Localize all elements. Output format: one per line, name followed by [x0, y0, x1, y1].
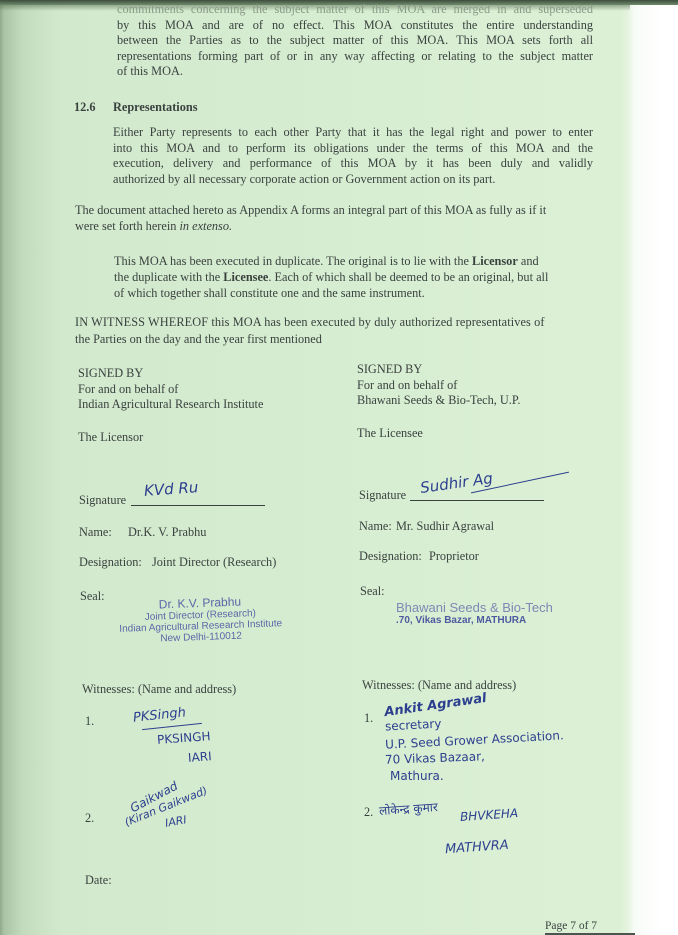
licensor-role: The Licensor — [78, 430, 143, 446]
representations-line: authorized by all necessary corporate ac… — [113, 172, 593, 188]
intro-line: between the Parties as to the subject ma… — [117, 33, 593, 49]
licensor-witness-2-address: IARI — [164, 813, 188, 830]
duplicate-line-1-text: This MOA has been executed in duplicate.… — [114, 254, 472, 268]
seal-line: Bhawani Seeds & Bio-Tech — [396, 601, 553, 615]
intro-line: of this MOA. — [117, 64, 593, 80]
licensor-signed-by: SIGNED BY — [78, 366, 143, 382]
appendix-line-1: The document attached hereto as Appendix… — [75, 203, 546, 219]
witness-clause-line-1: IN WITNESS WHEREOF this MOA has been exe… — [75, 315, 545, 331]
document-page: commitments concerning the subject matte… — [0, 0, 678, 935]
licensor-on-behalf: For and on behalf of — [78, 382, 178, 398]
licensor-witnesses-label: Witnesses: (Name and address) — [82, 682, 236, 698]
intro-line: by this MOA and are of no effect. This M… — [117, 18, 593, 34]
appendix-line-2-text: were set forth herein — [75, 219, 179, 233]
licensee-witness-1-line: 70 Vikas Bazaar, — [385, 749, 485, 766]
date-label: Date: — [85, 873, 112, 889]
licensor-designation-label: Designation: — [79, 555, 142, 571]
licensee-signed-by: SIGNED BY — [357, 362, 422, 378]
licensee-witness-2-number: 2. — [364, 805, 373, 821]
representations-line: Either Party represents to each other Pa… — [113, 125, 593, 141]
licensee-witness-1-line: Mathura. — [390, 769, 444, 783]
duplicate-line-2-suffix: . Each of which shall be deemed to be an… — [268, 270, 548, 284]
intro-line: representations forming part of or in an… — [117, 49, 593, 65]
intro-line: commitments concerning the subject matte… — [117, 2, 593, 18]
section-title: Representations — [113, 100, 197, 116]
licensor-signature-line — [131, 505, 265, 506]
licensee-witness-1-signature: Ankit Agrawal — [383, 691, 487, 720]
licensee-signature-line — [410, 500, 544, 501]
intro-paragraph: commitments concerning the subject matte… — [117, 2, 593, 80]
underline-stroke — [142, 723, 202, 730]
licensor-seal-label: Seal: — [80, 589, 105, 605]
licensor-witness-1-signature: PKSingh — [132, 705, 186, 725]
licensee-organization: Bhawani Seeds & Bio-Tech, U.P. — [357, 393, 520, 409]
duplicate-line-1-suffix: and — [518, 254, 539, 268]
licensee-witness-2-signature: लोकेन्द्र कुमार — [378, 798, 438, 819]
appendix-line-2: were set forth herein in extenso. — [75, 219, 232, 235]
duplicate-line-3: of which together shall constitute one a… — [114, 286, 425, 302]
licensor-witness-1-address: IARI — [188, 749, 213, 765]
witness-clause-line-2: the Parties on the day and the year firs… — [75, 332, 322, 348]
licensor-name-value: Dr.K. V. Prabhu — [128, 525, 206, 541]
footer-rule — [545, 933, 635, 935]
duplicate-line-2-text: the duplicate with the — [114, 270, 223, 284]
licensee-on-behalf: For and on behalf of — [357, 378, 457, 394]
licensee-name-value: Mr. Sudhir Agrawal — [396, 519, 494, 535]
licensee-seal-stamp: Bhawani Seeds & Bio-Tech .70, Vikas Baza… — [396, 601, 553, 626]
licensee-designation-label: Designation: — [359, 549, 422, 565]
licensee-witnesses-label: Witnesses: (Name and address) — [362, 678, 516, 694]
licensor-signature-label: Signature — [79, 493, 126, 509]
licensor-seal-stamp: Dr. K.V. Prabhu Joint Director (Research… — [107, 594, 293, 646]
licensor-organization: Indian Agricultural Research Institute — [78, 397, 263, 413]
representations-line: into this MOA and to perform its obligat… — [113, 141, 593, 157]
licensee-witness-1-line: secretary — [385, 717, 442, 734]
licensee-witness-1-number: 1. — [364, 711, 373, 727]
licensee-signature-label: Signature — [359, 488, 406, 504]
duplicate-line-1: This MOA has been executed in duplicate.… — [114, 254, 539, 270]
duplicate-line-2: the duplicate with the Licensee. Each of… — [114, 270, 548, 286]
licensee-designation-value: Proprietor — [429, 549, 479, 565]
licensee-witness-2-line: BHVKEHA — [460, 806, 519, 824]
licensor-witness-1-number: 1. — [85, 714, 94, 730]
licensor-witness-1-name: PKSINGH — [157, 729, 211, 747]
licensor-bold: Licensor — [472, 254, 518, 268]
licensee-role: The Licensee — [357, 426, 423, 442]
representations-paragraph: Either Party represents to each other Pa… — [113, 125, 593, 187]
licensee-bold: Licensee — [223, 270, 268, 284]
licensee-name-label: Name: — [359, 519, 392, 535]
seal-line: .70, Vikas Bazar, MATHURA — [396, 615, 553, 626]
representations-line: execution, delivery and performance of t… — [113, 156, 593, 172]
licensor-witness-2-number: 2. — [85, 811, 94, 827]
licensee-witness-2-line: MATHVRA — [445, 838, 510, 857]
licensor-name-label: Name: — [79, 525, 112, 541]
section-number: 12.6 — [74, 100, 96, 116]
in-extenso-text: in extenso. — [179, 219, 232, 233]
licensor-signature: KVd Ru — [143, 478, 198, 500]
licensee-seal-label: Seal: — [360, 584, 385, 600]
licensee-signature: Sudhir Ag — [419, 469, 494, 497]
licensor-designation-value: Joint Director (Research) — [152, 555, 276, 571]
